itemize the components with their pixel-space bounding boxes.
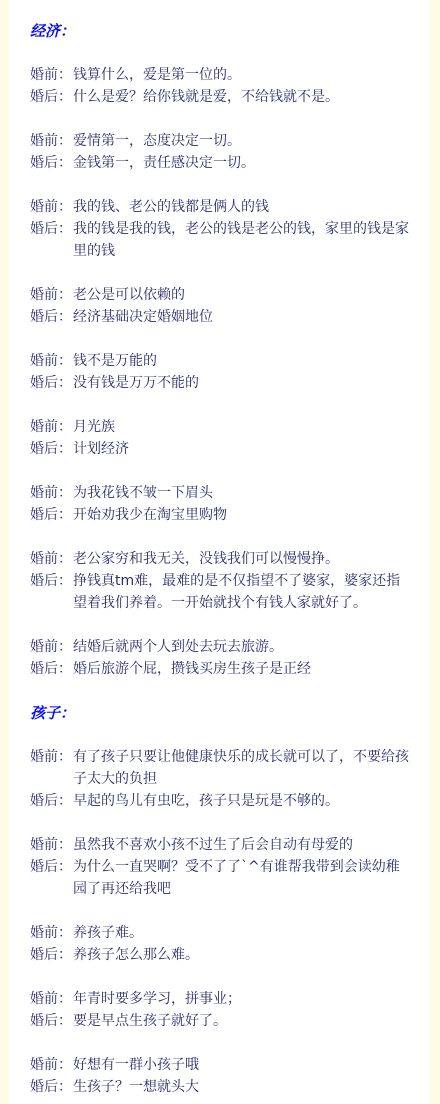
after-marriage-line: 婚后：婚后旅游个屁，攒钱买房生孩子是正经 xyxy=(30,658,412,680)
before-marriage-line: 婚前：有了孩子只要让他健康快乐的成长就可以了，不要给孩子太大的负担 xyxy=(30,746,412,790)
before-marriage-text: 爱情第一，态度决定一切。 xyxy=(73,133,241,149)
before-marriage-line: 婚前：老公是可以依赖的 xyxy=(30,284,412,306)
qa-group: 婚前：好想有一群小孩子哦婚后：生孩子？一想就头大 xyxy=(30,1054,412,1098)
qa-group: 婚前：年青时要多学习，拼事业；婚后：要是早点生孩子就好了。 xyxy=(30,988,412,1032)
after-marriage-line: 婚后：挣钱真tm难，最难的是不仅指望不了婆家，婆家还指望着我们养着。一开始就找个… xyxy=(30,570,412,614)
qa-group: 婚前：结婚后就两个人到处去玩去旅游。婚后：婚后旅游个屁，攒钱买房生孩子是正经 xyxy=(30,636,412,680)
before-marriage-text: 我的钱、老公的钱都是俩人的钱 xyxy=(73,199,269,215)
before-marriage-label: 婚前： xyxy=(30,350,73,372)
after-marriage-label: 婚后： xyxy=(30,1010,73,1032)
after-marriage-line: 婚后：金钱第一，责任感决定一切。 xyxy=(30,152,412,174)
after-marriage-label: 婚后： xyxy=(30,570,73,592)
before-marriage-text: 月光族 xyxy=(73,419,115,435)
before-marriage-text: 老公是可以依赖的 xyxy=(73,287,185,303)
section-heading: 经济： xyxy=(30,20,412,42)
before-marriage-line: 婚前：虽然我不喜欢小孩不过生了后会自动有母爱的 xyxy=(30,834,412,856)
after-marriage-label: 婚后： xyxy=(30,438,73,460)
after-marriage-line: 婚后：要是早点生孩子就好了。 xyxy=(30,1010,412,1032)
before-marriage-text: 钱算什么，爱是第一位的。 xyxy=(73,67,241,83)
after-marriage-label: 婚后： xyxy=(30,218,73,240)
before-marriage-label: 婚前： xyxy=(30,746,73,768)
before-marriage-text: 年青时要多学习，拼事业； xyxy=(73,991,241,1007)
after-marriage-label: 婚后： xyxy=(30,790,73,812)
before-marriage-text: 为我花钱不皱一下眉头 xyxy=(73,485,213,501)
after-marriage-label: 婚后： xyxy=(30,658,73,680)
before-marriage-label: 婚前： xyxy=(30,196,73,218)
after-marriage-label: 婚后： xyxy=(30,1076,73,1098)
before-marriage-label: 婚前： xyxy=(30,548,73,570)
after-marriage-line: 婚后：开始劝我少在淘宝里购物 xyxy=(30,504,412,526)
after-marriage-label: 婚后： xyxy=(30,372,73,394)
before-marriage-label: 婚前： xyxy=(30,284,73,306)
article-body: 经济：婚前：钱算什么，爱是第一位的。婚后：什么是爱？给你钱就是爱，不给钱就不是。… xyxy=(9,0,430,1104)
after-marriage-line: 婚后：养孩子怎么那么难。 xyxy=(30,944,412,966)
after-marriage-line: 婚后：没有钱是万万不能的 xyxy=(30,372,412,394)
after-marriage-line: 婚后：计划经济 xyxy=(30,438,412,460)
after-marriage-text: 养孩子怎么那么难。 xyxy=(73,947,199,963)
after-marriage-line: 婚后：什么是爱？给你钱就是爱，不给钱就不是。 xyxy=(30,86,412,108)
after-marriage-line: 婚后：生孩子？一想就头大 xyxy=(30,1076,412,1098)
after-marriage-text: 金钱第一，责任感决定一切。 xyxy=(73,155,255,171)
after-marriage-text: 我的钱是我的钱，老公的钱是老公的钱，家里的钱是家里的钱 xyxy=(73,221,409,259)
before-marriage-label: 婚前： xyxy=(30,130,73,152)
before-marriage-label: 婚前： xyxy=(30,988,73,1010)
qa-group: 婚前：我的钱、老公的钱都是俩人的钱婚后：我的钱是我的钱，老公的钱是老公的钱，家里… xyxy=(30,196,412,262)
before-marriage-label: 婚前： xyxy=(30,636,73,658)
before-marriage-line: 婚前：养孩子难。 xyxy=(30,922,412,944)
before-marriage-text: 养孩子难。 xyxy=(73,925,143,941)
before-marriage-line: 婚前：老公家穷和我无关，没钱我们可以慢慢挣。 xyxy=(30,548,412,570)
qa-group: 婚前：钱算什么，爱是第一位的。婚后：什么是爱？给你钱就是爱，不给钱就不是。 xyxy=(30,64,412,108)
before-marriage-label: 婚前： xyxy=(30,834,73,856)
after-marriage-line: 婚后：为什么一直哭啊？受不了了`^有谁帮我带到会读幼稚园了再还给我吧 xyxy=(30,856,412,900)
before-marriage-line: 婚前：结婚后就两个人到处去玩去旅游。 xyxy=(30,636,412,658)
before-marriage-text: 结婚后就两个人到处去玩去旅游。 xyxy=(73,639,283,655)
qa-group: 婚前：为我花钱不皱一下眉头婚后：开始劝我少在淘宝里购物 xyxy=(30,482,412,526)
before-marriage-label: 婚前： xyxy=(30,64,73,86)
after-marriage-line: 婚后：早起的鸟儿有虫吃，孩子只是玩是不够的。 xyxy=(30,790,412,812)
before-marriage-line: 婚前：钱不是万能的 xyxy=(30,350,412,372)
qa-group: 婚前：老公是可以依赖的婚后：经济基础决定婚姻地位 xyxy=(30,284,412,328)
after-marriage-label: 婚后： xyxy=(30,86,73,108)
before-marriage-line: 婚前：好想有一群小孩子哦 xyxy=(30,1054,412,1076)
before-marriage-line: 婚前：钱算什么，爱是第一位的。 xyxy=(30,64,412,86)
before-marriage-line: 婚前：为我花钱不皱一下眉头 xyxy=(30,482,412,504)
after-marriage-text: 早起的鸟儿有虫吃，孩子只是玩是不够的。 xyxy=(73,793,339,809)
before-marriage-line: 婚前：年青时要多学习，拼事业； xyxy=(30,988,412,1010)
after-marriage-label: 婚后： xyxy=(30,504,73,526)
after-marriage-text: 要是早点生孩子就好了。 xyxy=(73,1013,227,1029)
qa-group: 婚前：钱不是万能的婚后：没有钱是万万不能的 xyxy=(30,350,412,394)
after-marriage-text: 开始劝我少在淘宝里购物 xyxy=(73,507,227,523)
qa-group: 婚前：虽然我不喜欢小孩不过生了后会自动有母爱的婚后：为什么一直哭啊？受不了了`^… xyxy=(30,834,412,900)
after-marriage-label: 婚后： xyxy=(30,856,73,878)
after-marriage-label: 婚后： xyxy=(30,944,73,966)
before-marriage-text: 好想有一群小孩子哦 xyxy=(73,1057,199,1073)
before-marriage-line: 婚前：我的钱、老公的钱都是俩人的钱 xyxy=(30,196,412,218)
after-marriage-text: 经济基础决定婚姻地位 xyxy=(73,309,213,325)
before-marriage-text: 有了孩子只要让他健康快乐的成长就可以了，不要给孩子太大的负担 xyxy=(73,749,409,787)
before-marriage-line: 婚前：爱情第一，态度决定一切。 xyxy=(30,130,412,152)
after-marriage-text: 挣钱真tm难，最难的是不仅指望不了婆家，婆家还指望着我们养着。一开始就找个有钱人… xyxy=(73,573,400,611)
before-marriage-text: 虽然我不喜欢小孩不过生了后会自动有母爱的 xyxy=(73,837,353,853)
after-marriage-text: 为什么一直哭啊？受不了了`^有谁帮我带到会读幼稚园了再还给我吧 xyxy=(73,859,400,897)
qa-group: 婚前：老公家穷和我无关，没钱我们可以慢慢挣。婚后：挣钱真tm难，最难的是不仅指望… xyxy=(30,548,412,614)
after-marriage-text: 计划经济 xyxy=(73,441,129,457)
before-marriage-text: 老公家穷和我无关，没钱我们可以慢慢挣。 xyxy=(73,551,339,567)
qa-group: 婚前：有了孩子只要让他健康快乐的成长就可以了，不要给孩子太大的负担婚后：早起的鸟… xyxy=(30,746,412,812)
before-marriage-label: 婚前： xyxy=(30,1054,73,1076)
qa-group: 婚前：养孩子难。婚后：养孩子怎么那么难。 xyxy=(30,922,412,966)
section-heading: 孩子： xyxy=(30,702,412,724)
after-marriage-line: 婚后：经济基础决定婚姻地位 xyxy=(30,306,412,328)
page: 经济：婚前：钱算什么，爱是第一位的。婚后：什么是爱？给你钱就是爱，不给钱就不是。… xyxy=(0,0,440,1104)
before-marriage-label: 婚前： xyxy=(30,922,73,944)
after-marriage-line: 婚后：我的钱是我的钱，老公的钱是老公的钱，家里的钱是家里的钱 xyxy=(30,218,412,262)
after-marriage-text: 婚后旅游个屁，攒钱买房生孩子是正经 xyxy=(73,661,311,677)
before-marriage-label: 婚前： xyxy=(30,482,73,504)
after-marriage-label: 婚后： xyxy=(30,306,73,328)
before-marriage-text: 钱不是万能的 xyxy=(73,353,157,369)
before-marriage-line: 婚前：月光族 xyxy=(30,416,412,438)
after-marriage-label: 婚后： xyxy=(30,152,73,174)
after-marriage-text: 生孩子？一想就头大 xyxy=(73,1079,199,1095)
before-marriage-label: 婚前： xyxy=(30,416,73,438)
qa-group: 婚前：爱情第一，态度决定一切。婚后：金钱第一，责任感决定一切。 xyxy=(30,130,412,174)
after-marriage-text: 什么是爱？给你钱就是爱，不给钱就不是。 xyxy=(73,89,339,105)
after-marriage-text: 没有钱是万万不能的 xyxy=(73,375,199,391)
qa-group: 婚前：月光族婚后：计划经济 xyxy=(30,416,412,460)
